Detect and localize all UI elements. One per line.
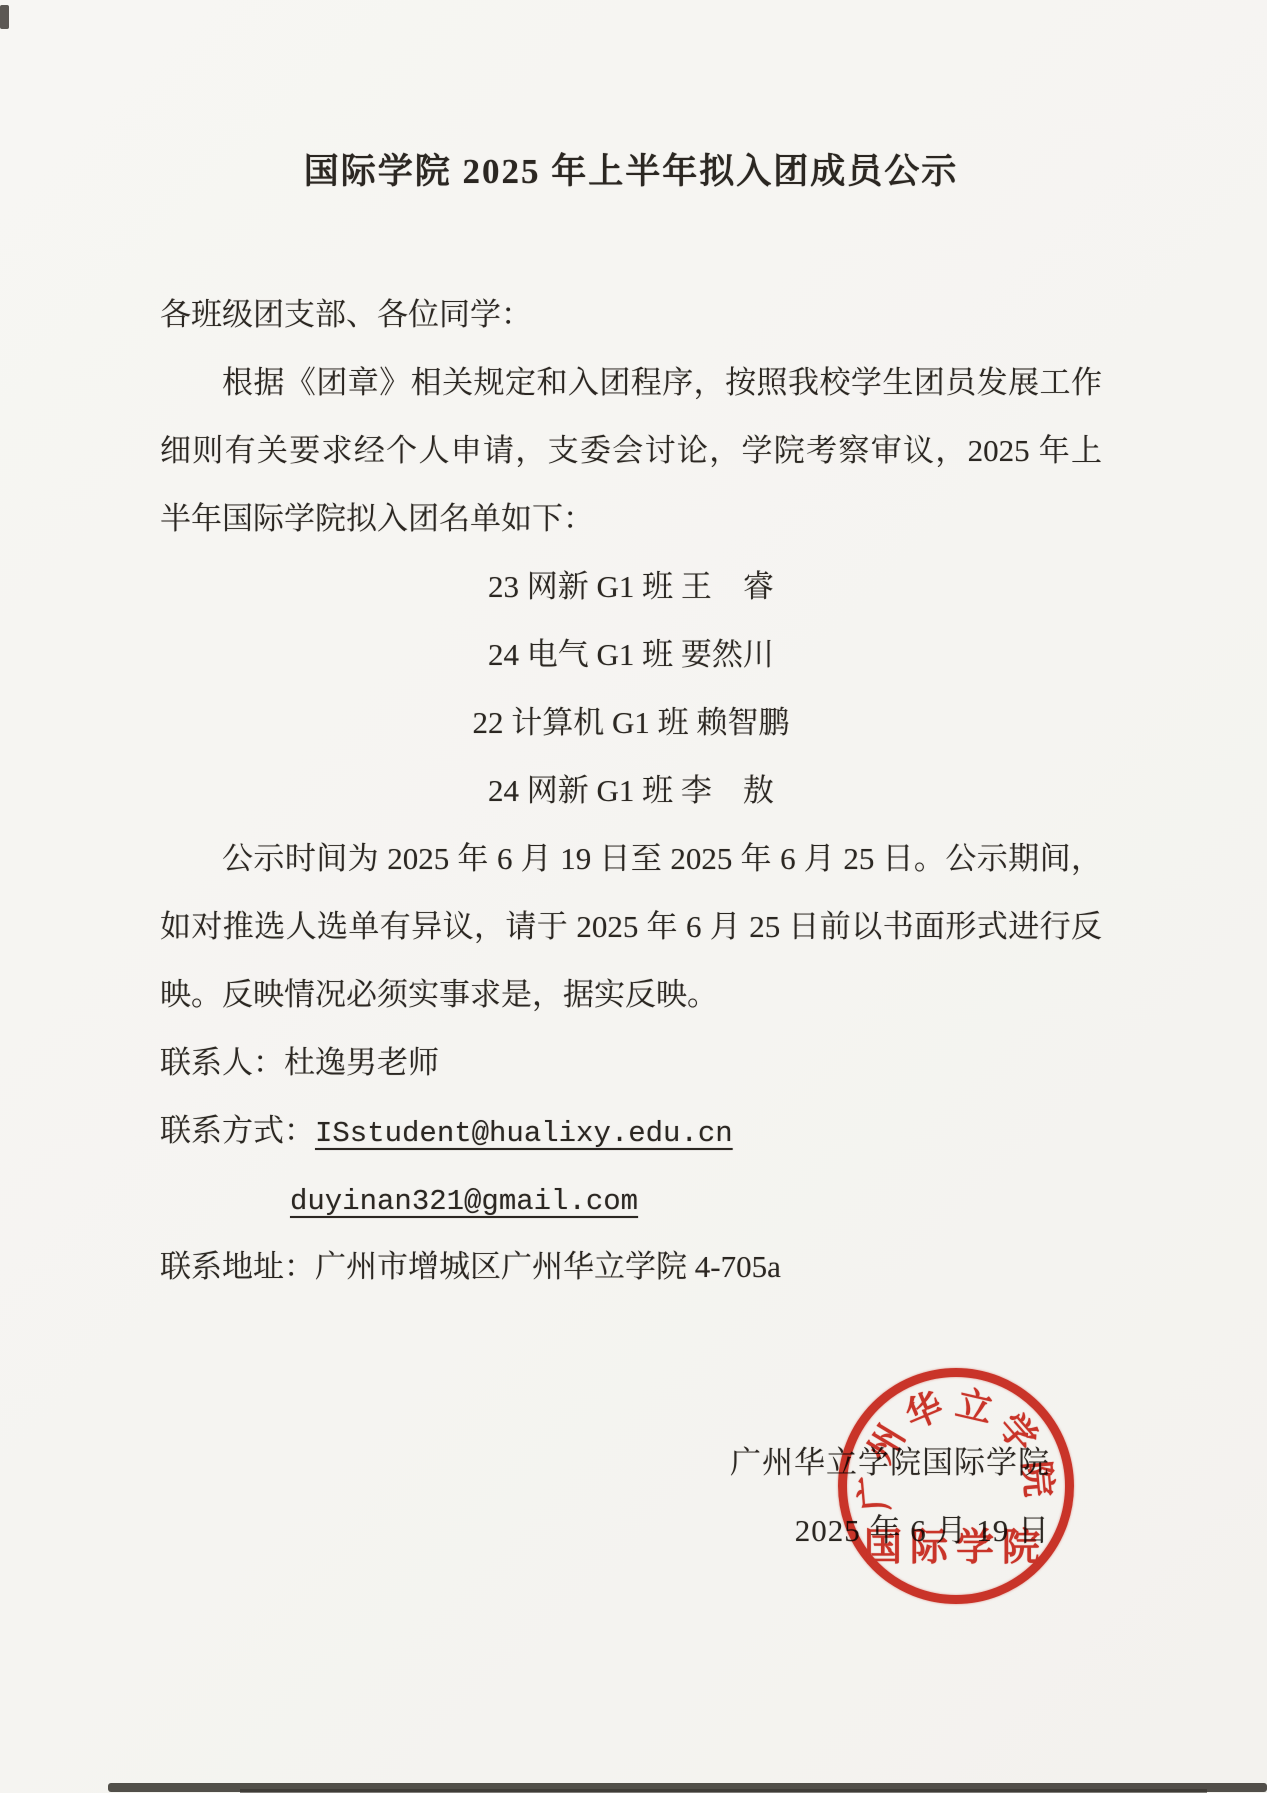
document-body: 国际学院 2025 年上半年拟入团成员公示 各班级团支部、各位同学： 根据《团章… — [160, 0, 1102, 1565]
member-list-item: 23 网新 G1 班 王 睿 — [160, 553, 1102, 621]
member-list-item: 24 网新 G1 班 李 敖 — [160, 757, 1102, 825]
contact-method-line: 联系方式：ISstudent@hualixy.edu.cn — [160, 1097, 1102, 1165]
seal-center-text: 国际学院 — [838, 1516, 1074, 1571]
contact-method-label: 联系方式： — [160, 1113, 315, 1148]
member-list-item: 24 电气 G1 班 要然川 — [160, 621, 1102, 689]
notice-title: 国际学院 2025 年上半年拟入团成员公示 — [160, 150, 1102, 194]
member-list-item: 22 计算机 G1 班 赖智鹏 — [160, 689, 1102, 757]
official-seal-stamp: 广州华立学院 国际学院 — [838, 1368, 1074, 1604]
contact-email-secondary-line: duyinan321@gmail.com — [160, 1165, 1102, 1233]
paragraph1-line: 细则有关要求经个人申请，支委会讨论，学院考察审议，2025 年上 — [160, 417, 1102, 485]
contact-person-line: 联系人：杜逸男老师 — [160, 1029, 1102, 1097]
scan-artifact-bottom-edge-2 — [240, 1789, 1207, 1793]
contact-email-primary: ISstudent@hualixy.edu.cn — [315, 1117, 733, 1150]
salutation-line: 各班级团支部、各位同学： — [160, 281, 1102, 349]
scanned-notice-page: 国际学院 2025 年上半年拟入团成员公示 各班级团支部、各位同学： 根据《团章… — [0, 0, 1267, 1793]
paragraph1-line: 半年国际学院拟入团名单如下： — [160, 485, 1102, 553]
contact-email-secondary: duyinan321@gmail.com — [290, 1185, 638, 1218]
paragraph1-line: 根据《团章》相关规定和入团程序，按照我校学生团员发展工作 — [160, 349, 1102, 417]
seal-ring-char: 院 — [1013, 1459, 1067, 1499]
contact-address-line: 联系地址：广州市增城区广州华立学院 4-705a — [160, 1233, 1102, 1301]
scan-artifact-top-left — [0, 5, 9, 29]
paragraph2-line: 公示时间为 2025 年 6 月 19 日至 2025 年 6 月 25 日。公… — [160, 825, 1102, 893]
paragraph2-line: 如对推选人选单有异议，请于 2025 年 6 月 25 日前以书面形式进行反 — [160, 893, 1102, 961]
seal-ring-char: 广 — [845, 1473, 899, 1513]
paragraph2-line: 映。反映情况必须实事求是，据实反映。 — [160, 961, 1102, 1029]
